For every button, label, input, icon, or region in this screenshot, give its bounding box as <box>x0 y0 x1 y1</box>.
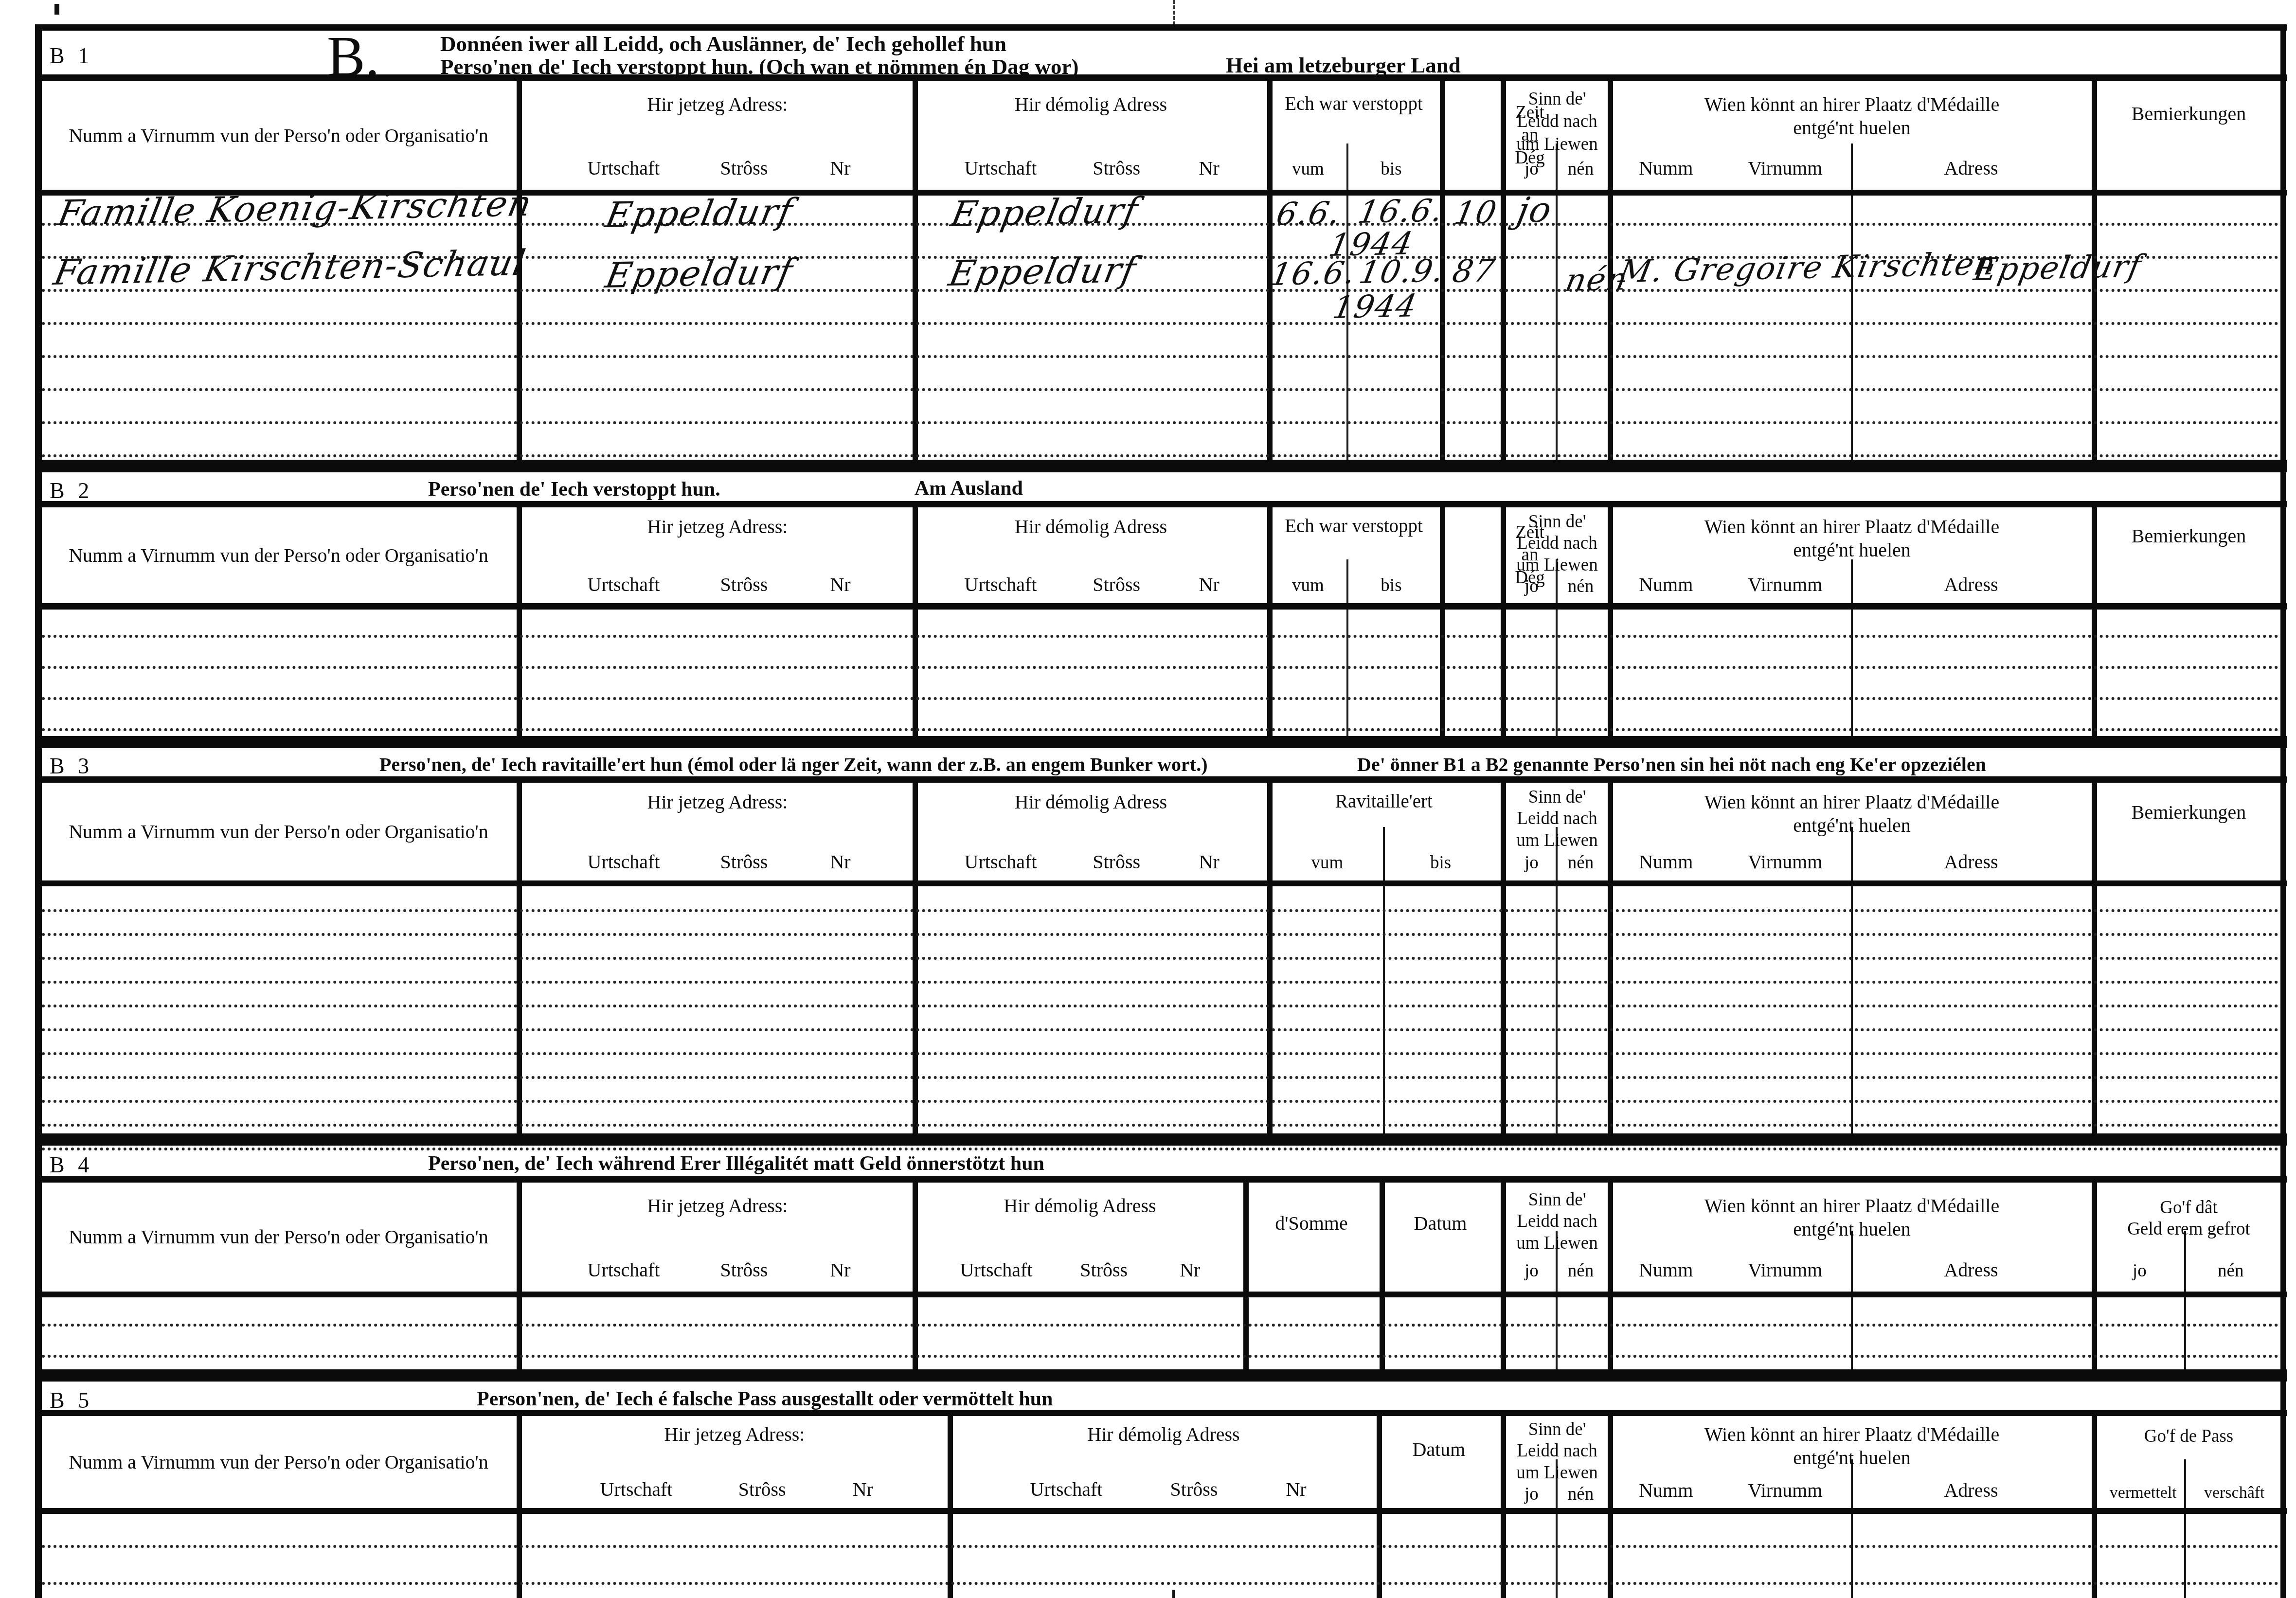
section-title-b5: Person'nen, de' Iech é falsche Pass ausg… <box>477 1387 1053 1411</box>
col-hidden: Ech war verstoppt vumbis <box>1271 81 1437 190</box>
left-border <box>35 24 42 1598</box>
col-name: Numm a Virnumm vun der Perso'n oder Orga… <box>44 81 513 190</box>
hw-bis-2: 10.9. <box>1356 253 1448 291</box>
rule <box>35 880 2287 886</box>
col-name: Numm a Virnumm vun der Perso'n oder Orga… <box>44 1183 513 1292</box>
col-name: Numm a Virnumm vun der Perso'n oder Orga… <box>44 783 513 880</box>
rule <box>35 1369 2287 1382</box>
right-border <box>2280 24 2286 1598</box>
hw-bis-1: 16.6. <box>1355 193 1447 231</box>
col-alive: Sinn de' Leidd nach um Liewen jonén <box>1508 783 1606 880</box>
rule <box>35 1508 2287 1514</box>
scan-speck <box>1172 1590 1175 1598</box>
b4-body-rows <box>42 1297 2279 1358</box>
scanned-form-page: { "form": { "section_letter": "B.", "hea… <box>0 0 2296 1598</box>
rule <box>35 501 2287 507</box>
col-hidden: Ech war verstoppt vumbis <box>1271 507 1437 603</box>
rule <box>35 460 2287 472</box>
col-medal: Wien könnt an hirer Plaatz d'Médaille en… <box>1614 1183 2090 1292</box>
section-id-b2: B 2 <box>50 478 93 503</box>
rule <box>35 736 2287 748</box>
hw-vum-2: 16.6. <box>1268 255 1359 293</box>
col-somme: d'Somme <box>1246 1183 1377 1292</box>
section-title-b2: Perso'nen de' Iech verstoppt hun. <box>428 478 720 501</box>
b3-body-rows <box>42 886 2279 1150</box>
col-alive: Sinn de' Leidd nach um Liewen jonén <box>1508 507 1606 603</box>
col-current-address: Hir jetzeg Adress: Urtschaft Strôss Nr <box>525 1416 944 1508</box>
fold-mark-top <box>1173 0 1175 25</box>
form-heading-line1: Donnéen iwer all Leidd, och Auslänner, d… <box>440 32 1006 56</box>
col-former-address: Hir démolig Adress Urtschaft Strôss Nr <box>919 507 1262 603</box>
section-subtitle-b2: Am Ausland <box>915 477 1023 500</box>
col-bemierkungen: Bemierkungen <box>2098 507 2280 603</box>
col-geld-gefrot: Go'f dât Geld erem gefrot jonén <box>2098 1183 2280 1292</box>
rule <box>35 1292 2287 1297</box>
col-current-address: Hir jetzeg Adress: Urtschaft Strôss Nr <box>525 81 910 190</box>
col-name: Numm a Virnumm vun der Perso'n oder Orga… <box>44 1416 513 1508</box>
scan-speck <box>54 4 59 15</box>
hw-demolig-1: Eppeldurf <box>948 190 1142 234</box>
b5-body-rows <box>42 1514 2279 1585</box>
col-former-address: Hir démolig Adress Urtschaft Strôss Nr <box>954 1416 1373 1508</box>
col-alive: Sinn de' Leidd nach um Liewen jonén <box>1508 1183 1606 1292</box>
rule <box>35 1176 2287 1183</box>
col-medal: Wien könnt an hirer Plaatz d'Médaille en… <box>1614 81 2090 190</box>
col-alive: Sinn de' Leidd nach um Liewen jonén <box>1508 1416 1606 1508</box>
col-medal: Wien könnt an hirer Plaatz d'Médaille en… <box>1614 783 2090 880</box>
col-medal: Wien könnt an hirer Plaatz d'Médaille en… <box>1614 1416 2090 1508</box>
col-medal: Wien könnt an hirer Plaatz d'Médaille en… <box>1614 507 2090 603</box>
section-title-b4: Perso'nen, de' Iech während Erer Illégal… <box>428 1152 1044 1175</box>
hw-deg-2: 87 <box>1450 253 1498 290</box>
hw-jetzeg-2: Eppeldurf <box>602 251 797 296</box>
col-current-address: Hir jetzeg Adress: Urtschaft Strôss Nr <box>525 1183 910 1292</box>
section-id-b1: B 1 <box>50 43 93 69</box>
hw-jetzeg-1: Eppeldurf <box>602 191 797 235</box>
rule <box>35 1133 2287 1146</box>
hw-deg-1: 10 <box>1452 195 1500 232</box>
col-current-address: Hir jetzeg Adress: Urtschaft Strôss Nr <box>525 783 910 880</box>
b2-body-rows <box>42 610 2279 731</box>
section-title-b3-part1: Perso'nen, de' Iech ravitaille'ert hun (… <box>379 753 1207 776</box>
col-alive: Sinn de' Leidd nach um Liewen jonén <box>1508 81 1606 190</box>
hw-year-2: 1944 <box>1330 288 1420 326</box>
col-bemierkungen: Bemierkungen <box>2098 783 2280 880</box>
section-id-b3: B 3 <box>50 753 93 779</box>
col-datum: Datum <box>1382 1183 1498 1292</box>
col-former-address: Hir démolig Adress Urtschaft Strôss Nr <box>919 81 1262 190</box>
hw-demolig-2: Eppeldurf <box>946 249 1140 294</box>
col-datum: Datum <box>1380 1416 1498 1508</box>
col-former-address: Hir démolig Adress Urtschaft Strôss Nr <box>919 783 1262 880</box>
hw-vum-1: 6.6. <box>1274 195 1344 233</box>
col-bemierkungen: Bemierkungen <box>2098 81 2280 190</box>
col-name: Numm a Virnumm vun der Perso'n oder Orga… <box>44 507 513 603</box>
rule <box>35 74 2287 81</box>
col-ravitailleert: Ravitaille'ert vumbis <box>1271 783 1497 880</box>
rule <box>35 1410 2287 1416</box>
section-id-b4: B 4 <box>50 1152 93 1178</box>
hw-medal-adress-2: Eppeldurf <box>1971 249 2145 288</box>
section-title-b3-part2: De' önner B1 a B2 genannte Perso'nen sin… <box>1357 753 1986 776</box>
rule <box>35 776 2287 783</box>
col-gof-de-pass: Go'f de Pass vermettelt verschâft <box>2098 1416 2280 1508</box>
rule <box>35 603 2287 610</box>
col-former-address: Hir démolig Adress Urtschaft Strôss Nr <box>919 1183 1240 1292</box>
b1-body-rows <box>42 196 2279 457</box>
col-current-address: Hir jetzeg Adress: Urtschaft Strôss Nr <box>525 507 910 603</box>
